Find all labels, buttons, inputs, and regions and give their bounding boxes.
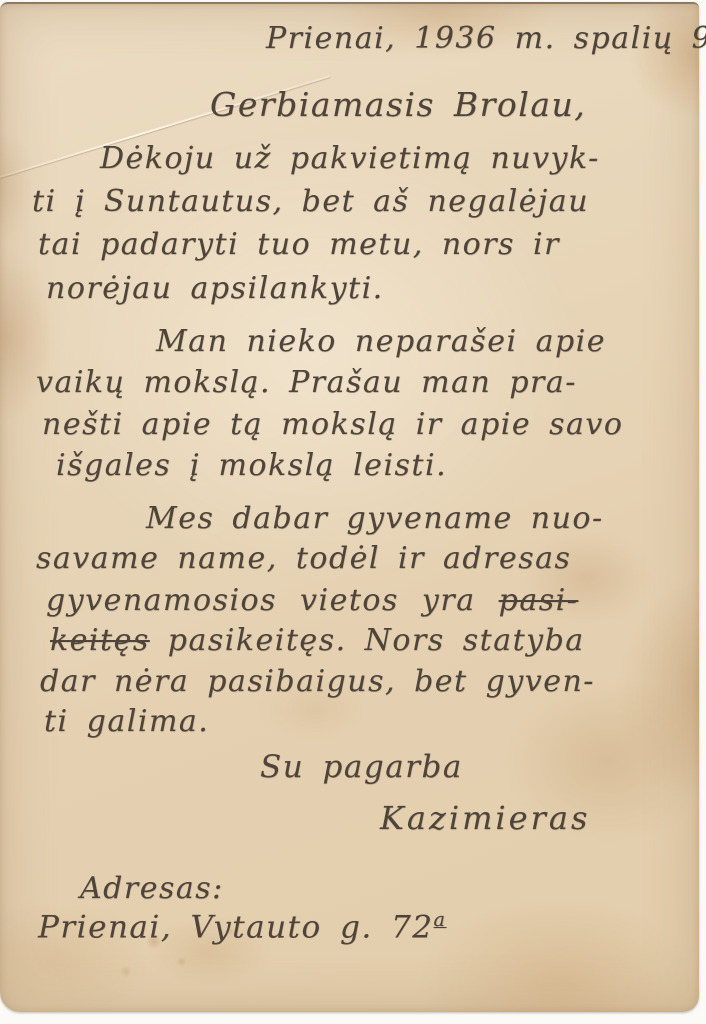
body-line: dar nėra pasibaigus, bet gyven- — [40, 667, 595, 697]
body-line: nešti apie tą mokslą ir apie savo — [42, 410, 623, 440]
body-line: keitęs pasikeitęs. Nors statyba — [50, 626, 585, 656]
body-line: Mes dabar gyvename nuo- — [146, 504, 604, 534]
body-line: tai padaryti tuo metu, nors ir — [38, 230, 560, 260]
signature-line: Kazimieras — [380, 802, 590, 834]
salutation: Gerbiamasis Brolau, — [210, 88, 586, 121]
body-line: savame name, todėl ir adresas — [36, 544, 571, 574]
scanned-postcard-photo: Prienai, 1936 m. spalių 9 d. Gerbiamasis… — [0, 0, 706, 1024]
struck-text: keitęs — [50, 623, 150, 658]
house-letter-superscript: a — [434, 908, 447, 931]
body-line: gyvenamosios vietos yra pasi- — [46, 586, 578, 616]
body-line: Dėkoju už pakvietimą nuvyk- — [100, 144, 600, 174]
address-text: Prienai, Vytauto g. 72 — [38, 909, 434, 945]
body-text: gyvenamosios vietos yra — [46, 583, 499, 618]
body-line: išgales į mokslą leisti. — [56, 451, 447, 481]
body-line: vaikų mokslą. Prašau man pra- — [36, 368, 577, 398]
address-line: Prienai, Vytauto g. 72a — [38, 910, 446, 943]
body-line: Man nieko neparašei apie — [156, 327, 606, 357]
struck-text: pasi- — [499, 583, 579, 618]
postcard-paper: Prienai, 1936 m. spalių 9 d. Gerbiamasis… — [0, 2, 699, 1012]
body-text: pasikeitęs. Nors statyba — [150, 623, 585, 658]
body-line: ti į Suntautus, bet aš negalėjau — [32, 187, 589, 217]
dateline: Prienai, 1936 m. spalių 9 d. — [266, 24, 706, 54]
body-line: ti galima. — [44, 707, 209, 737]
address-label: Adresas: — [80, 874, 224, 904]
closing-line: Su pagarba — [260, 752, 463, 783]
body-line: norėjau apsilankyti. — [46, 274, 384, 304]
